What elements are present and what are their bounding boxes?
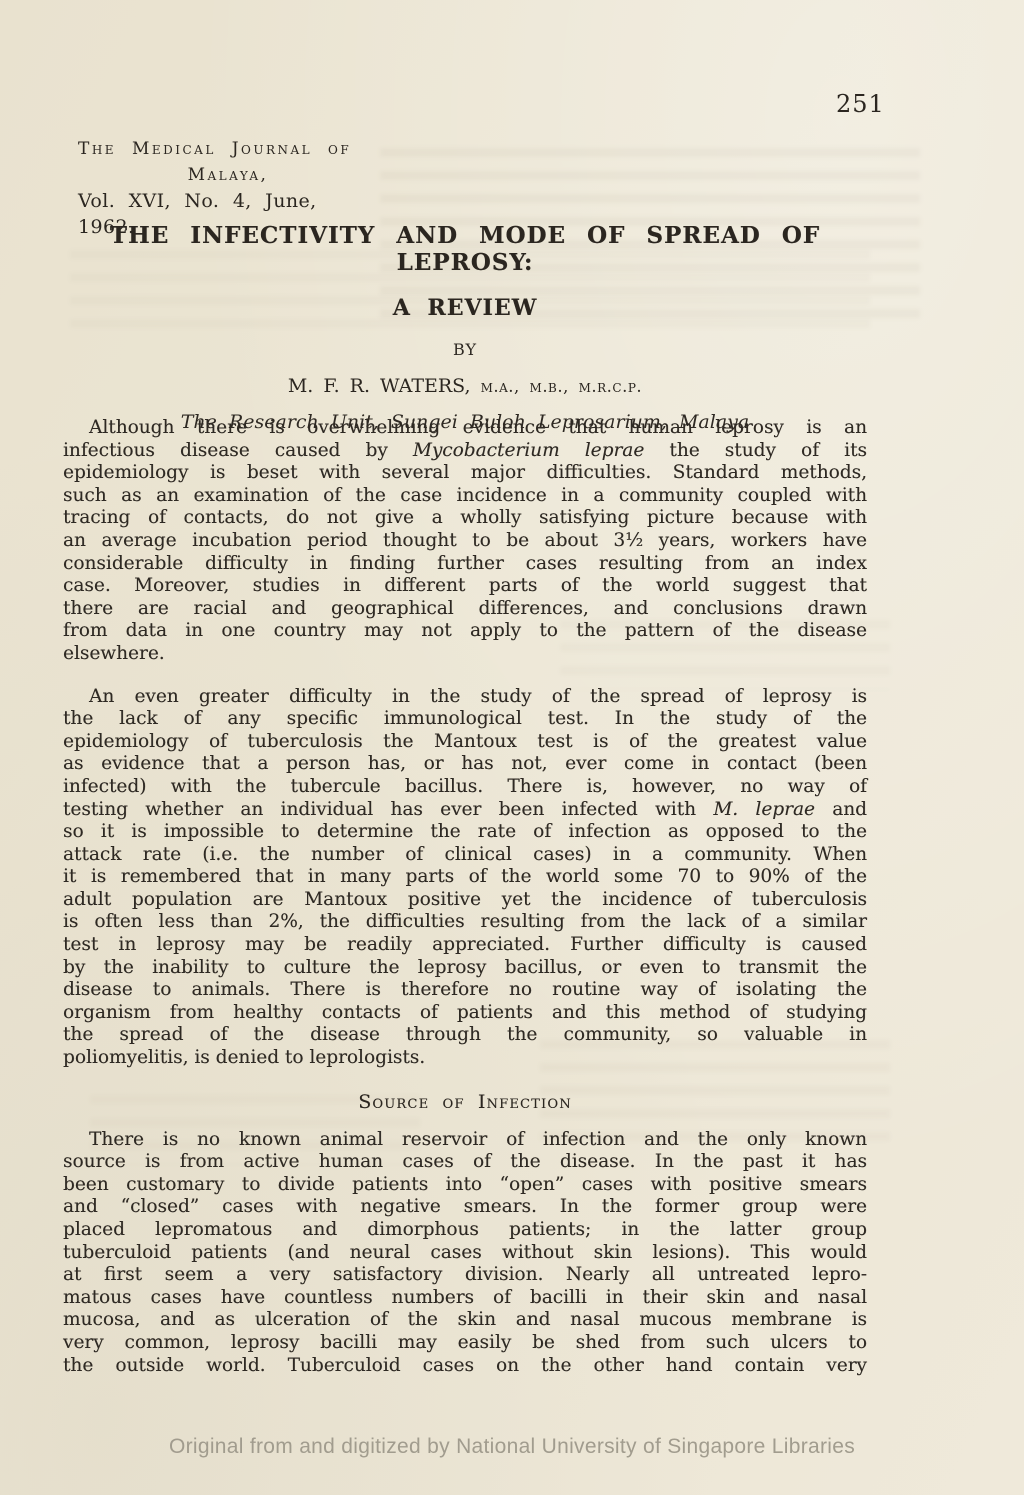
text-line: case. Moreover, studies in different par… [63, 575, 867, 598]
text-line: the lack of any specific immunological t… [63, 708, 867, 731]
article-header: THE INFECTIVITY AND MODE OF SPREAD OF LE… [63, 222, 867, 433]
article-title-line1: THE INFECTIVITY AND MODE OF SPREAD OF LE… [63, 222, 867, 276]
text-line: infectious disease caused by Mycobacteri… [63, 440, 867, 463]
text-line: at first seem a very satisfactory divisi… [63, 1264, 867, 1287]
digitization-footer: Original from and digitized by National … [0, 1435, 1024, 1459]
text-line: is often less than 2%, the difficulties … [63, 911, 867, 934]
text-line: Although there is overwhelming evidence … [63, 417, 867, 440]
author-line: M. F. R. WATERS, m.a., m.b., m.r.c.p. [63, 375, 867, 397]
paragraph: There is no known animal reservoir of in… [63, 1129, 867, 1378]
text-line: mucosa, and as ulceration of the skin an… [63, 1309, 867, 1332]
page-number: 251 [836, 90, 885, 118]
byline-label: BY [63, 340, 867, 359]
paragraph: An even greater difficulty in the study … [63, 686, 867, 1070]
text-line: such as an examination of the case incid… [63, 485, 867, 508]
text-line: testing whether an individual has ever b… [63, 799, 867, 822]
text-line: been customary to divide patients into “… [63, 1174, 867, 1197]
text-line: epidemiology of tuberculosis the Mantoux… [63, 731, 867, 754]
text-line: and “closed” cases with negative smears.… [63, 1196, 867, 1219]
text-line: epidemiology is beset with several major… [63, 462, 867, 485]
paragraph: Although there is overwhelming evidence … [63, 417, 867, 666]
text-line: adult population are Mantoux positive ye… [63, 889, 867, 912]
text-line: there are racial and geographical differ… [63, 598, 867, 621]
text-line: test in leprosy may be readily appreciat… [63, 934, 867, 957]
text-line: tracing of contacts, do not give a wholl… [63, 507, 867, 530]
text-line: from data in one country may not apply t… [63, 620, 867, 643]
text-line: disease to animals. There is therefore n… [63, 979, 867, 1002]
text-line: as evidence that a person has, or has no… [63, 753, 867, 776]
text-line: attack rate (i.e. the number of clinical… [63, 844, 867, 867]
text-line: so it is impossible to determine the rat… [63, 821, 867, 844]
author-name: M. F. R. WATERS, [288, 375, 471, 397]
text-line: elsewhere. [63, 643, 867, 666]
text-line: the outside world. Tuberculoid cases on … [63, 1355, 867, 1378]
text-line: the spread of the disease through the co… [63, 1024, 867, 1047]
text-line: by the inability to culture the leprosy … [63, 957, 867, 980]
text-line: it is remembered that in many parts of t… [63, 866, 867, 889]
section-heading: Source of Infection [63, 1090, 867, 1114]
article-title-line2: A REVIEW [63, 295, 867, 321]
text-line: an average incubation period thought to … [63, 530, 867, 553]
text-line: infected) with the tubercule bacillus. T… [63, 776, 867, 799]
text-line: An even greater difficulty in the study … [63, 686, 867, 709]
text-line: organism from healthy contacts of patien… [63, 1002, 867, 1025]
text-line: considerable difficulty in finding furth… [63, 553, 867, 576]
author-credentials: m.a., m.b., m.r.c.p. [481, 377, 643, 396]
masthead-journal-name: The Medical Journal of [78, 136, 378, 162]
text-line: very common, leprosy bacilli may easily … [63, 1332, 867, 1355]
text-line: There is no known animal reservoir of in… [63, 1129, 867, 1152]
text-line: matous cases have countless numbers of b… [63, 1287, 867, 1310]
masthead-journal-name-2: Malaya, [78, 162, 378, 188]
text-line: poliomyelitis, is denied to leprologists… [63, 1047, 867, 1070]
text-line: tuberculoid patients (and neural cases w… [63, 1242, 867, 1265]
text-line: source is from active human cases of the… [63, 1151, 867, 1174]
article-body: Although there is overwhelming evidence … [63, 417, 867, 1397]
journal-page: 251 The Medical Journal of Malaya, Vol. … [0, 0, 1024, 1495]
text-line: placed lepromatous and dimorphous patien… [63, 1219, 867, 1242]
